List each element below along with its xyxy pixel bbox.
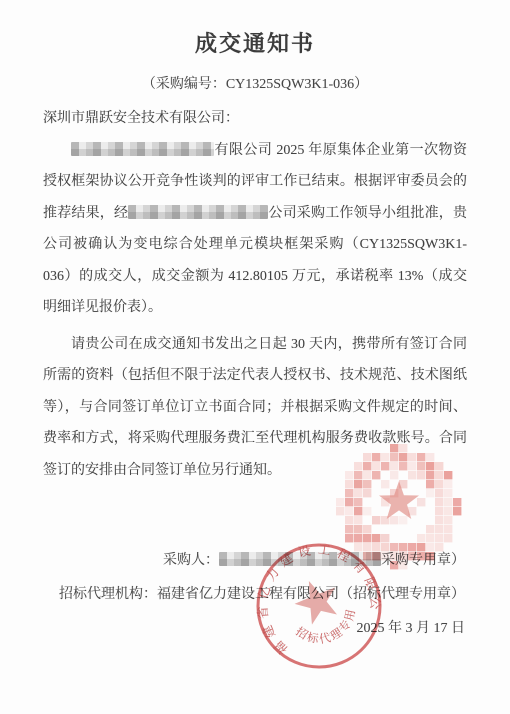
signature-date: 2025 年 3 月 17 日 [0, 612, 465, 646]
procurement-number: （采购编号：CY1325SQW3K1-036） [0, 75, 510, 95]
document-body: 深圳市鼎跃安全技术有限公司： 有限公司 2025 年原集体企业第一次物资授权框架… [43, 103, 467, 486]
mosaic-block [435, 525, 443, 533]
mosaic-block [417, 534, 425, 542]
mosaic-block [345, 498, 353, 506]
signature-agency-line: 招标代理机构：福建省亿力建设工程有限公司（招标代理专用章） [0, 578, 465, 612]
paragraph-1: 有限公司 2025 年原集体企业第一次物资授权框架协议公开竞争性谈判的评审工作已… [43, 135, 467, 324]
mosaic-block [345, 516, 353, 524]
mosaic-block [444, 525, 452, 533]
purchaser-seal-suffix: 采购专用章） [381, 553, 465, 568]
mosaic-block [426, 534, 434, 542]
purchaser-label: 采购人： [163, 553, 219, 568]
mosaic-block [354, 525, 362, 533]
mosaic-block [444, 489, 452, 497]
mosaic-block [435, 516, 443, 524]
mosaic-block [444, 507, 452, 515]
mosaic-block [417, 498, 425, 506]
mosaic-block [354, 507, 362, 515]
mosaic-block [435, 489, 443, 497]
mosaic-block [408, 507, 416, 515]
document-title: 成交通知书 [0, 26, 510, 62]
paragraph-1-text-b: 公司采购工作领导小组批准，贵公司被确认为变电综合处理单元模块框架采购（CY132… [43, 206, 467, 316]
mosaic-block [336, 498, 344, 506]
mosaic-block [363, 507, 371, 515]
redaction-blob [219, 552, 381, 566]
recipient-line: 深圳市鼎跃安全技术有限公司： [43, 103, 467, 135]
mosaic-block [354, 534, 362, 542]
mosaic-block [435, 534, 443, 542]
mosaic-block [435, 498, 443, 506]
mosaic-block [444, 534, 452, 542]
mosaic-block [426, 489, 434, 497]
redaction-blob [128, 205, 268, 219]
mosaic-block [444, 516, 452, 524]
mosaic-block [354, 516, 362, 524]
mosaic-block [345, 525, 353, 533]
mosaic-block [444, 498, 452, 506]
mosaic-block [453, 507, 461, 515]
signature-purchaser-line: 采购人：采购专用章） [0, 544, 465, 578]
mosaic-block [390, 489, 398, 497]
mosaic-block [336, 507, 344, 515]
mosaic-block [345, 507, 353, 515]
star-icon [379, 481, 419, 519]
signature-block: 采购人：采购专用章） 招标代理机构：福建省亿力建设工程有限公司（招标代理专用章）… [0, 544, 465, 646]
mosaic-block [381, 516, 389, 524]
mosaic-block [453, 498, 461, 506]
paragraph-2: 请贵公司在成交通知书发出之日起 30 天内，携带所有签订合同所需的资料（包括但不… [43, 329, 467, 487]
mosaic-block [426, 525, 434, 533]
mosaic-block [399, 516, 407, 524]
mosaic-block [363, 489, 371, 497]
mosaic-block [345, 489, 353, 497]
mosaic-block [381, 534, 389, 542]
redaction-blob [71, 142, 214, 156]
mosaic-block [363, 525, 371, 533]
mosaic-block [372, 534, 380, 542]
mosaic-block [390, 516, 398, 524]
mosaic-block [345, 534, 353, 542]
notice-document-page: 成交通知书 （采购编号：CY1325SQW3K1-036） 深圳市鼎跃安全技术有… [0, 0, 510, 714]
mosaic-block [354, 498, 362, 506]
mosaic-block [381, 498, 389, 506]
mosaic-block [372, 516, 380, 524]
mosaic-block [363, 534, 371, 542]
mosaic-block [435, 507, 443, 515]
mosaic-block [354, 489, 362, 497]
